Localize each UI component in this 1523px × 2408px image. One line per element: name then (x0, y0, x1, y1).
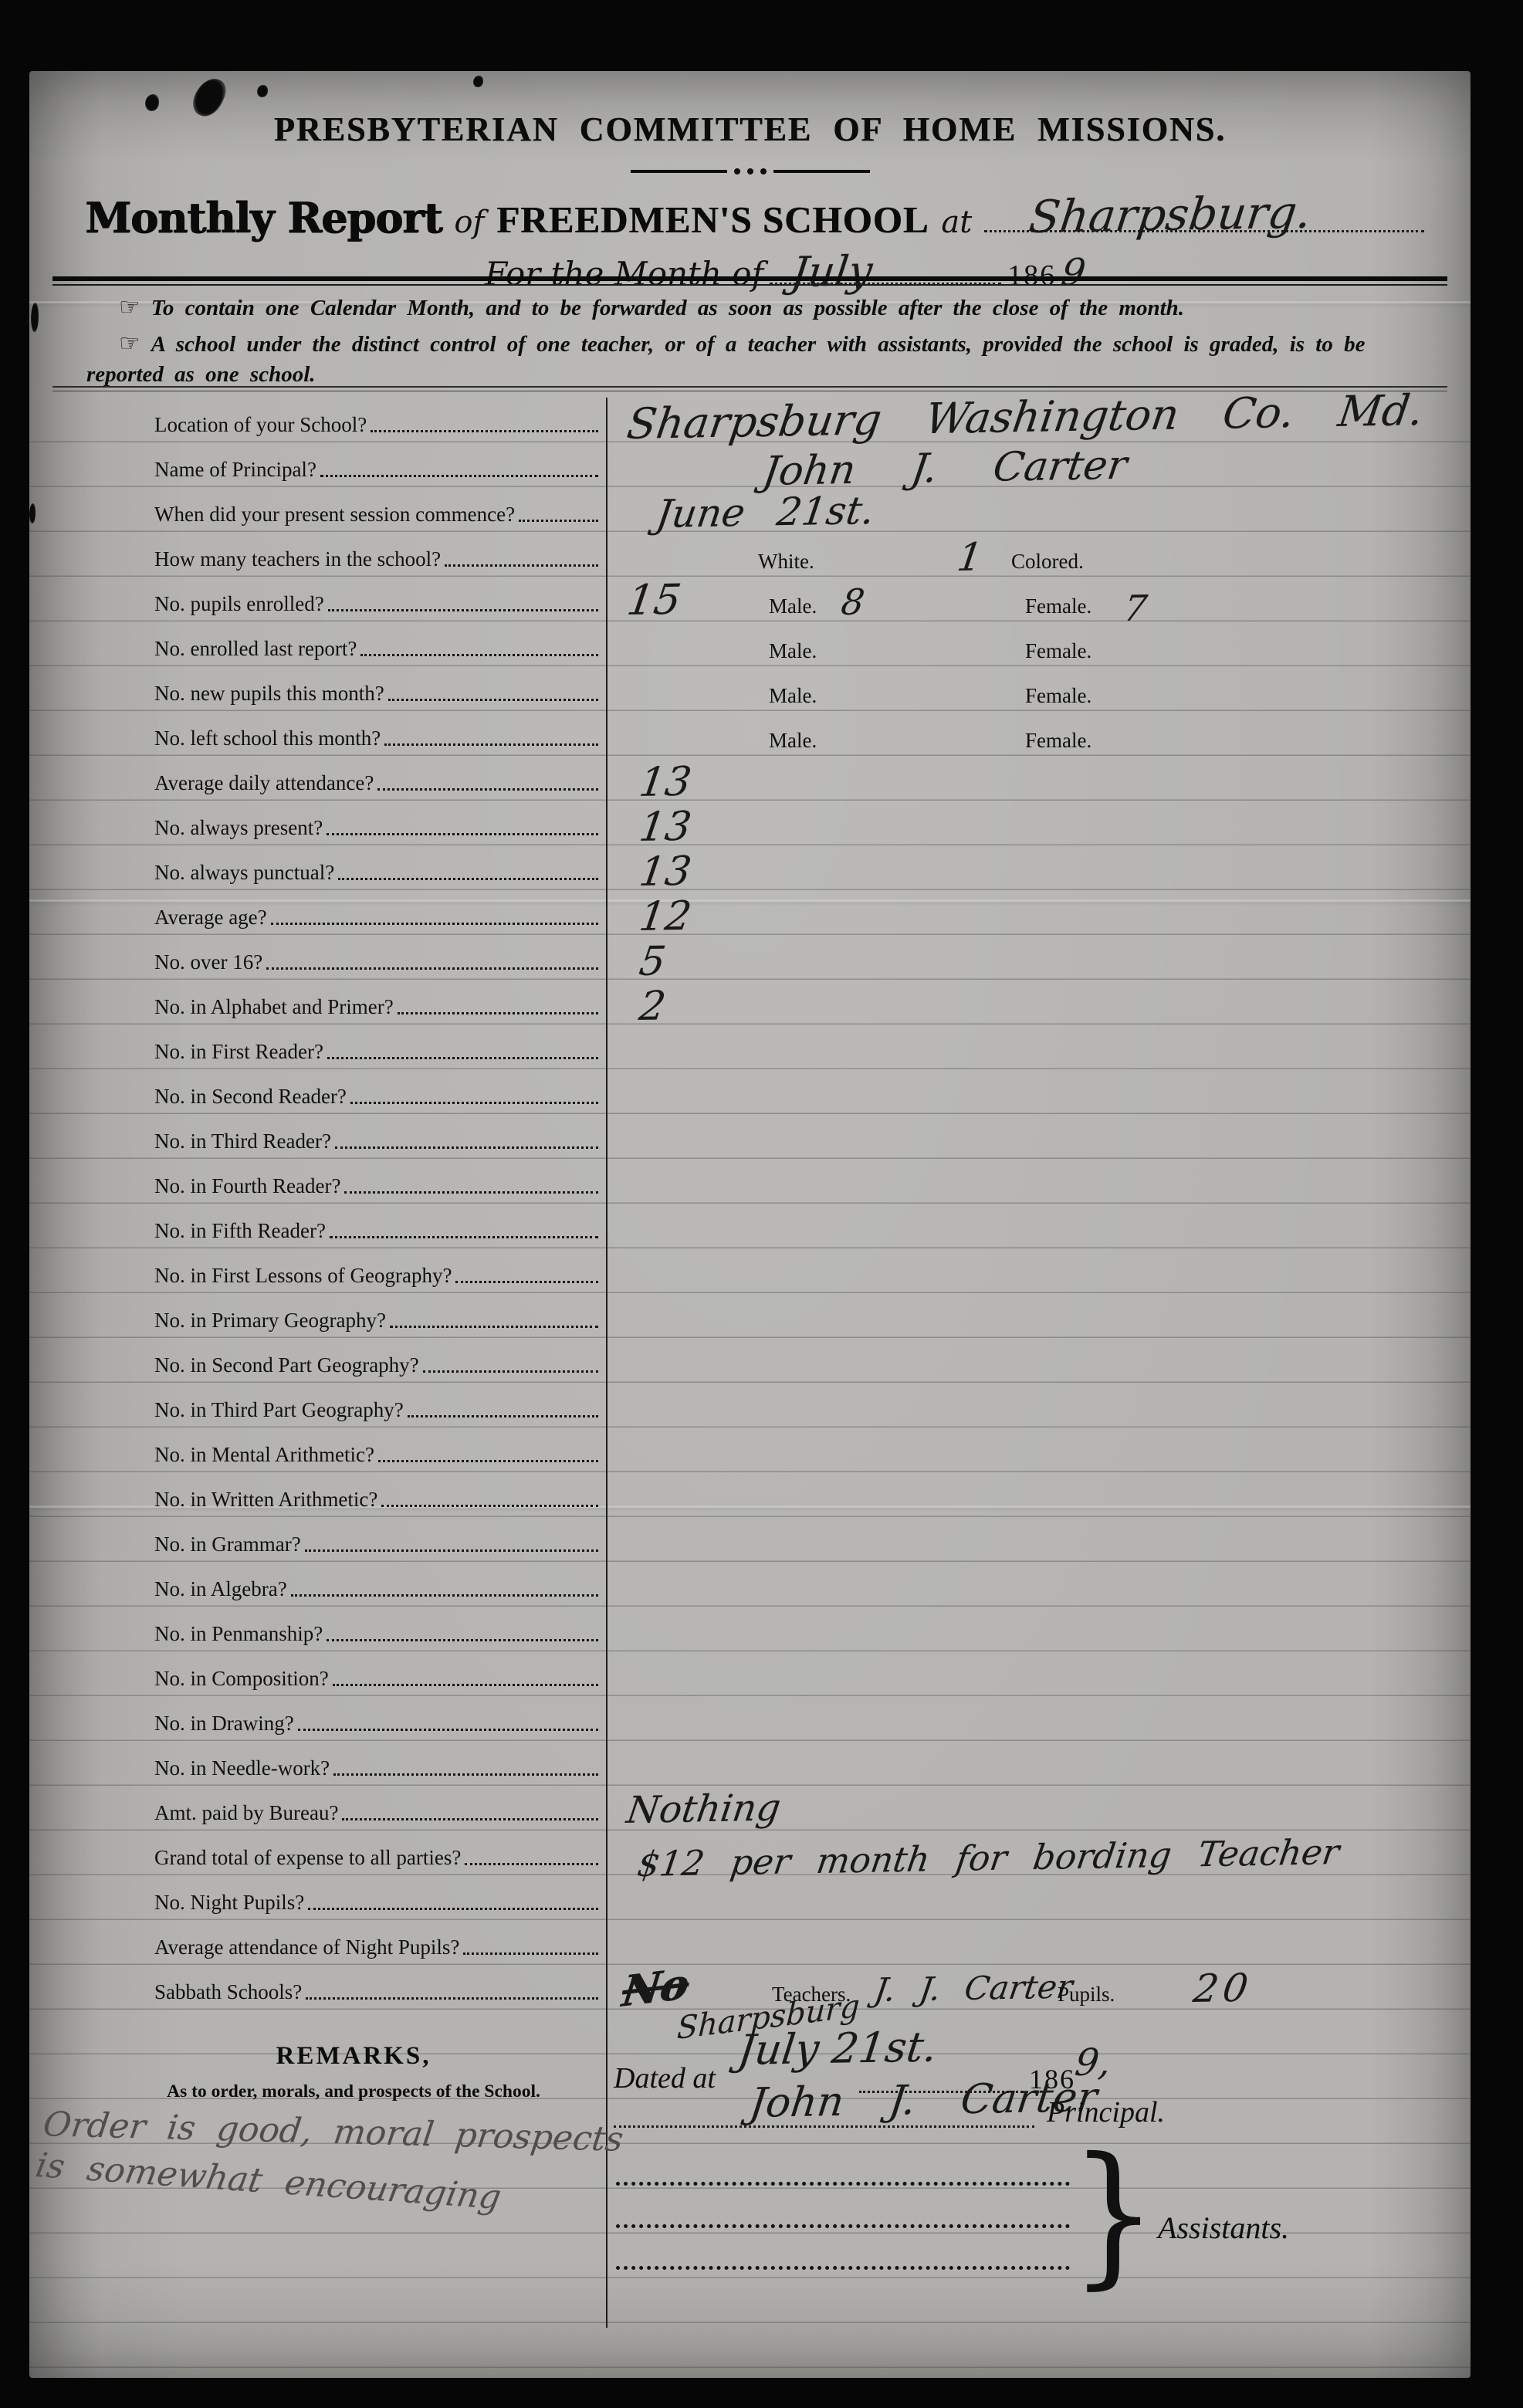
number-value: 13 (637, 852, 694, 892)
male-label: Male. (769, 730, 817, 751)
remarks-title: REMARKS, (137, 2042, 570, 2071)
form-row-label: Average attendance of Night Pupils? (154, 1937, 459, 1965)
form-row: No. in Alphabet and Primer?2 (29, 980, 1471, 1025)
form-row: No. new pupils this month?Male.Female. (29, 666, 1471, 711)
location-value: Sharpsburg Washington Co. Md. (624, 389, 1426, 445)
sabbath-mark: No (620, 1962, 691, 2013)
form-row-answer (606, 1383, 1469, 1428)
form-row-answer (606, 1159, 1469, 1204)
ink-stain (145, 94, 159, 111)
form-row: No. over 16?5 (29, 935, 1471, 980)
dot-leader (384, 743, 598, 746)
form-row: How many teachers in the school?White.1C… (29, 532, 1471, 577)
form-row-label: No. in First Reader? (154, 1041, 323, 1069)
dot-leader (423, 1370, 598, 1373)
school-type-title: FREEDMEN'S SCHOOL (496, 198, 929, 242)
form-row: No. in Primary Geography? (29, 1293, 1471, 1338)
dot-leader (388, 699, 598, 701)
year-printed: 186 (1007, 259, 1056, 293)
form-row-answer (606, 1607, 1469, 1651)
form-row-answer (606, 1204, 1469, 1248)
form-row: Average attendance of Night Pupils? (29, 1920, 1471, 1965)
dot-leader (338, 878, 598, 880)
white-value: 1 (955, 537, 985, 577)
form-row-label: No. in Penmanship? (154, 1624, 323, 1651)
number-value: 5 (637, 941, 668, 982)
expense-value: $12 per month for bording Teacher (635, 1834, 1342, 1881)
dot-leader (390, 1326, 598, 1328)
form-row-answer (606, 1651, 1469, 1696)
month-handwritten: July (789, 250, 875, 293)
form-row-label: Average daily attendance? (154, 773, 374, 801)
female-label: Female. (1025, 686, 1091, 706)
dot-leader (371, 430, 598, 432)
bureau-value: Nothing (624, 1790, 783, 1829)
form-row: No. in Fourth Reader? (29, 1159, 1471, 1204)
ink-stain (257, 85, 268, 97)
dot-leader (298, 1729, 598, 1731)
form-row-label: No. in Mental Arithmetic? (154, 1444, 374, 1472)
instruction-text: ☞A school under the distinct control of … (86, 328, 1424, 389)
assistant-signature-line (616, 2182, 1070, 2186)
female-label: Female. (1025, 596, 1091, 617)
dated-value-handwritten: July 21st. (736, 2027, 939, 2071)
form-row-label: No. in Written Arithmetic? (154, 1489, 377, 1517)
form-row: Average age?12 (29, 890, 1471, 935)
form-row: No. left school this month?Male.Female. (29, 711, 1471, 756)
report-title-line: Monthly Report of FREEDMEN'S SCHOOL at S… (85, 188, 1424, 242)
scanned-form-page: PRESBYTERIAN COMMITTEE OF HOME MISSIONS.… (29, 71, 1471, 2378)
form-row-label: No. in Second Reader? (154, 1086, 347, 1114)
dot-leader (271, 923, 598, 925)
form-row-label: No. always present? (154, 818, 323, 845)
dot-leader (266, 967, 598, 970)
principal-signature-line (614, 2125, 1034, 2128)
form-row: No. in First Reader? (29, 1025, 1471, 1069)
form-row: No. in Composition? (29, 1651, 1471, 1696)
dot-leader (335, 1146, 598, 1149)
month-line: For the Month of July 186 9 (485, 247, 1083, 293)
form-row: No. in Algebra? (29, 1562, 1471, 1607)
female-label: Female. (1025, 730, 1091, 751)
form-row: No. enrolled last report?Male.Female. (29, 621, 1471, 666)
form-row: No. always present?13 (29, 801, 1471, 845)
form-row-label: Grand total of expense to all parties? (154, 1847, 461, 1875)
instruction-label: To contain one Calendar Month, and to be… (151, 296, 1184, 320)
form-row: No. in Needle-work? (29, 1741, 1471, 1786)
instructions: ☞To contain one Calendar Month, and to b… (86, 292, 1424, 394)
form-row-label: No. in Composition? (154, 1668, 329, 1696)
header-rule-sub (52, 284, 1447, 286)
form-row: No. always punctual?13 (29, 845, 1471, 890)
of-word: of (454, 205, 484, 240)
ink-stain (473, 76, 483, 87)
number-value: 13 (637, 807, 694, 848)
male-value: 8 (839, 584, 867, 620)
form-row: No. in Second Part Geography? (29, 1338, 1471, 1383)
form-row: No. Night Pupils? (29, 1875, 1471, 1920)
form-row-label: How many teachers in the school? (154, 549, 441, 577)
form-row: No. in Fifth Reader? (29, 1204, 1471, 1248)
assistant-signature-line (616, 2224, 1070, 2228)
form-row-answer (606, 1875, 1469, 1920)
form-row-label: No. left school this month? (154, 728, 381, 756)
manicule-icon: ☞ (119, 293, 140, 321)
dot-leader (333, 1773, 598, 1776)
form-row-answer: 15Male.8Female.7 (606, 577, 1469, 621)
assistants-brace (1070, 2139, 1157, 2290)
dot-leader (333, 1684, 598, 1686)
form-row-answer (606, 1920, 1469, 1965)
number-value: 12 (637, 896, 694, 937)
form-row: Average daily attendance?13 (29, 756, 1471, 801)
white-label: White. (758, 551, 814, 572)
committee-title: PRESBYTERIAN COMMITTEE OF HOME MISSIONS. (29, 110, 1471, 149)
dot-leader (445, 564, 598, 567)
form-row: No. in Drawing? (29, 1696, 1471, 1741)
instruction-label: A school under the distinct control of o… (86, 332, 1365, 387)
form-row-label: Amt. paid by Bureau? (154, 1803, 338, 1831)
form-row-answer: Sharpsburg Washington Co. Md. (606, 398, 1469, 442)
form-row-label: Name of Principal? (154, 459, 316, 487)
form-row: No. in Mental Arithmetic? (29, 1428, 1471, 1472)
form-row-answer: Nothing (606, 1786, 1469, 1831)
form-row-label: No. in Needle-work? (154, 1758, 330, 1786)
form-row: Name of Principal?John J. Carter (29, 442, 1471, 487)
dot-leader (305, 1549, 598, 1552)
form-row-label: No. enrolled last report? (154, 638, 357, 666)
remarks-subtitle: As to order, morals, and prospects of th… (99, 2081, 608, 2102)
form-row-answer: 13 (606, 845, 1469, 890)
month-prefix: For the Month of (485, 255, 763, 293)
school-name-line: Sharpsburg. (984, 188, 1424, 232)
number-value: 2 (637, 986, 668, 1027)
form-row-label: No. in First Lessons of Geography? (154, 1265, 452, 1293)
form-row-answer (606, 1562, 1469, 1607)
form-row-answer: 2 (606, 980, 1469, 1025)
form-row: Location of your School?Sharpsburg Washi… (29, 398, 1471, 442)
female-label: Female. (1025, 641, 1091, 662)
form-row-label: When did your present session commence? (154, 504, 515, 532)
dot-leader (377, 788, 598, 791)
dot-leader (306, 1997, 598, 2000)
form-row: No. in Written Arithmetic? (29, 1472, 1471, 1517)
dot-leader (327, 1057, 598, 1059)
dot-leader (291, 1594, 598, 1597)
form-row-label: Average age? (154, 907, 267, 935)
header-rule (52, 276, 1447, 281)
form-row: Grand total of expense to all parties?$1… (29, 1831, 1471, 1875)
dot-leader (463, 1952, 598, 1955)
form-row-answer: Male.Female. (606, 666, 1469, 711)
section-rule (52, 386, 1447, 388)
form-row-answer: $12 per month for bording Teacher (606, 1831, 1469, 1875)
form-row-label: No. Night Pupils? (154, 1892, 304, 1920)
form-row: No. pupils enrolled?15Male.8Female.7 (29, 577, 1471, 621)
dot-leader (350, 1102, 598, 1104)
dot-leader (381, 1505, 598, 1507)
form-row-answer (606, 1696, 1469, 1741)
form-row-label: Location of your School? (154, 415, 367, 442)
form-row-answer (606, 1472, 1469, 1517)
form-row-answer (606, 1338, 1469, 1383)
form-row-label: No. new pupils this month? (154, 683, 384, 711)
form-row-answer: 13 (606, 801, 1469, 845)
dot-leader (408, 1415, 598, 1417)
form-row-label: No. in Drawing? (154, 1713, 294, 1741)
instruction-text: ☞To contain one Calendar Month, and to b… (86, 292, 1424, 323)
dot-leader (465, 1863, 598, 1865)
dot-leader (330, 1236, 598, 1238)
form-row-label: No. in Third Part Geography? (154, 1400, 404, 1428)
assistant-signature-line (616, 2266, 1070, 2270)
form-row: No. in Penmanship? (29, 1607, 1471, 1651)
ink-stain (31, 303, 39, 332)
header-ornament (631, 168, 870, 174)
form-row-answer: Male.Female. (606, 711, 1469, 756)
form-row: No. in Third Reader? (29, 1114, 1471, 1159)
form-row-answer (606, 1428, 1469, 1472)
form-row-label: Sabbath Schools? (154, 1982, 302, 2010)
form-row-label: No. in Fourth Reader? (154, 1176, 340, 1204)
dot-leader (308, 1908, 598, 1910)
manicule-icon: ☞ (119, 330, 140, 357)
form-row-answer (606, 1025, 1469, 1069)
pupils-label: Pupils. (1058, 1984, 1115, 2005)
dot-leader (342, 1818, 598, 1820)
male-label: Male. (769, 686, 817, 706)
form-row: Amt. paid by Bureau?Nothing (29, 1786, 1471, 1831)
form-row-answer: 12 (606, 890, 1469, 935)
form-rows: Location of your School?Sharpsburg Washi… (29, 398, 1471, 2010)
colored-label: Colored. (1011, 551, 1084, 572)
column-divider-line (606, 398, 608, 2328)
male-label: Male. (769, 596, 817, 617)
dated-prefix: Dated at (614, 2061, 716, 2095)
form-row-answer (606, 1293, 1469, 1338)
form-row-answer: White.1Colored. (606, 532, 1469, 577)
form-row-answer: John J. Carter (606, 442, 1469, 487)
form-row: When did your present session commence?J… (29, 487, 1471, 532)
form-row-answer: 5 (606, 935, 1469, 980)
dot-leader (519, 520, 598, 522)
at-word: at (941, 205, 972, 240)
report-title-script: Monthly Report (85, 193, 442, 242)
form-row: No. in Grammar? (29, 1517, 1471, 1562)
form-row-label: No. in Second Part Geography? (154, 1355, 419, 1383)
form-row-label: No. in Alphabet and Primer? (154, 997, 394, 1025)
form-row-label: No. always punctual? (154, 862, 334, 890)
principal-value: John J. Carter (760, 445, 1129, 492)
male-label: Male. (769, 641, 817, 662)
dot-leader (398, 1012, 598, 1014)
form-row-answer: June 21st. (606, 487, 1469, 532)
total-value: 15 (624, 579, 684, 621)
form-row-label: No. in Primary Geography? (154, 1310, 386, 1338)
form-row: No. in First Lessons of Geography? (29, 1248, 1471, 1293)
dot-leader (320, 475, 598, 477)
dot-leader (327, 833, 598, 835)
dot-leader (327, 1639, 598, 1641)
form-row-label: No. over 16? (154, 952, 262, 980)
commence-value: June 21st. (654, 491, 877, 533)
pupils-value: 20 (1191, 1969, 1255, 2008)
dot-leader (344, 1191, 598, 1194)
form-row: No. in Third Part Geography? (29, 1383, 1471, 1428)
form-row-answer: 13 (606, 756, 1469, 801)
form-row-answer (606, 1114, 1469, 1159)
assistants-label: Assistants. (1158, 2210, 1289, 2246)
form-row-answer: Male.Female. (606, 621, 1469, 666)
number-value: 13 (637, 762, 694, 803)
dot-leader (328, 609, 598, 611)
form-row-label: No. in Grammar? (154, 1534, 301, 1562)
form-row: No. in Second Reader? (29, 1069, 1471, 1114)
dot-leader (360, 654, 598, 656)
form-row-answer (606, 1741, 1469, 1786)
teachers-value: J. J. Carter (872, 1971, 1075, 2007)
form-row-label: No. pupils enrolled? (154, 594, 324, 621)
school-name-handwritten: Sharpsburg. (1027, 190, 1314, 239)
form-row-label: No. in Algebra? (154, 1579, 287, 1607)
form-row-answer (606, 1248, 1469, 1293)
form-row-label: No. in Third Reader? (154, 1131, 331, 1159)
form-row-answer (606, 1069, 1469, 1114)
form-row-answer (606, 1517, 1469, 1562)
dot-leader (455, 1281, 598, 1283)
dot-leader (378, 1460, 598, 1462)
form-row-label: No. in Fifth Reader? (154, 1221, 326, 1248)
